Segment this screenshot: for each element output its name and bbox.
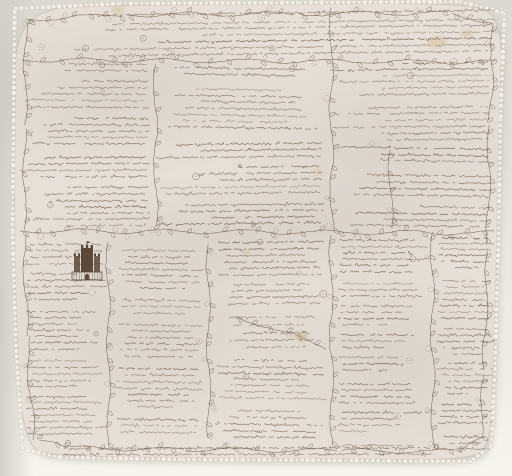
handkerchief-canvas [0, 0, 512, 476]
embroidered-handkerchief-photo [0, 0, 512, 476]
